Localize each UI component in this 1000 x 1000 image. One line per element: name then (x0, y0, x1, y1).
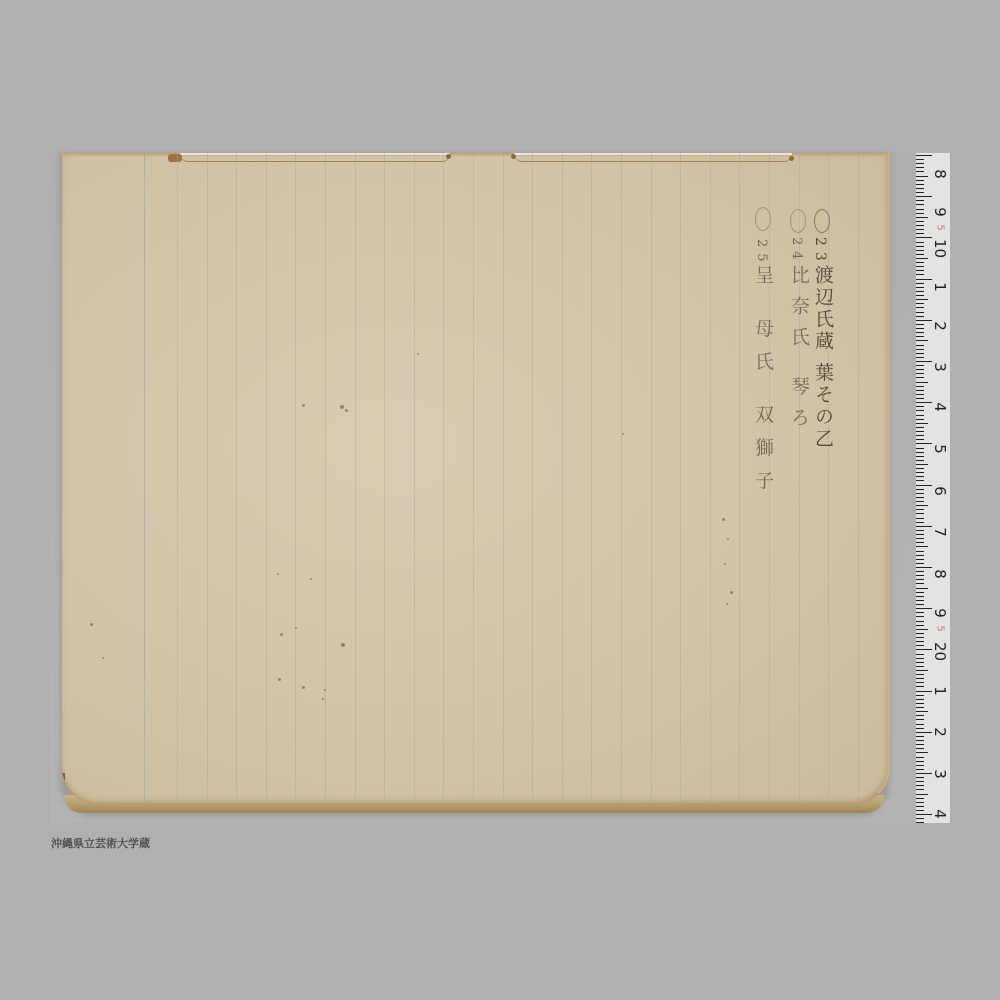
rule-line (562, 153, 563, 803)
ruler-tick (916, 789, 924, 790)
ruler-tick (916, 163, 924, 164)
ruler-tick (916, 159, 924, 160)
binding-knot (789, 156, 794, 161)
ruler-number: 1 (931, 278, 949, 296)
ruler-tick (916, 270, 924, 271)
ruler-tick (916, 542, 924, 543)
rule-line (325, 153, 326, 803)
ruler-number: 7 (931, 523, 949, 541)
margin-line (144, 153, 145, 803)
rule-line (680, 153, 681, 803)
ruler-tick (916, 551, 924, 552)
rule-line (710, 153, 711, 803)
ruler-tick (916, 390, 924, 391)
binding-thread-right (514, 153, 792, 162)
ruler-tick (916, 406, 924, 407)
rule-line (236, 153, 237, 803)
ruler-tick (916, 369, 924, 370)
ruler-tick (916, 711, 928, 712)
ruler-tick (916, 192, 924, 193)
ruler-tick (916, 209, 924, 210)
ruler-tick (916, 180, 924, 181)
paper-speck (345, 409, 348, 412)
paper-speck (622, 433, 624, 435)
binding-knot (511, 154, 516, 159)
ruler-number: 3 (931, 358, 949, 376)
ruler-tick (916, 394, 924, 395)
paper-speck (340, 405, 344, 409)
ruler-tick (916, 612, 924, 613)
ruler-tick (916, 546, 928, 547)
ruler-tick (916, 427, 924, 428)
ruler-tick (916, 769, 924, 770)
ruler-tick (916, 563, 924, 564)
ruler-tick (916, 188, 924, 189)
paper-speck (277, 573, 279, 575)
paper-speck (280, 633, 283, 636)
ruler-tick (916, 658, 924, 659)
rule-line (651, 153, 652, 803)
ruler-tick (916, 670, 928, 671)
ruler-tick (916, 377, 924, 378)
rule-line (591, 153, 592, 803)
ruler-tick (916, 583, 924, 584)
ruler-tick (916, 662, 924, 663)
ruler-tick (916, 592, 924, 593)
paper-speck (724, 563, 726, 565)
ruler-number: 5 (935, 219, 946, 237)
ruler-tick (916, 452, 924, 453)
ruler-tick (916, 732, 932, 733)
ruler-tick (916, 765, 924, 766)
ruler-number: 3 (931, 765, 949, 783)
ruler-number: 4 (931, 805, 949, 823)
paper-speck (102, 657, 104, 659)
rule-line (414, 153, 415, 803)
rule-line (443, 153, 444, 803)
ruler-tick (916, 736, 924, 737)
ruler-tick (916, 464, 928, 465)
paper-speck (302, 686, 305, 689)
ruler-tick (916, 666, 924, 667)
rule-line (621, 153, 622, 803)
ruler-tick (916, 204, 924, 205)
ruler-tick (916, 345, 924, 346)
ruler-tick (916, 699, 924, 700)
ruler-tick (916, 184, 924, 185)
ruler-tick (916, 200, 924, 201)
ruler-tick (916, 621, 924, 622)
ruler-tick (916, 485, 932, 486)
ruler-tick (916, 353, 924, 354)
ruler-tick (916, 361, 932, 362)
ruler-tick (916, 781, 924, 782)
ruler-tick (916, 386, 924, 387)
ruler-tick (916, 814, 932, 815)
ruler-number: 4 (931, 398, 949, 416)
note-text: 比奈氏 琴ろ (786, 265, 813, 425)
ruler-number: 8 (931, 565, 949, 583)
ruler-tick (916, 633, 924, 634)
ruler-tick (916, 719, 924, 720)
ruler-tick (916, 674, 924, 675)
circle-mark (814, 209, 830, 233)
ruler-tick (916, 357, 924, 358)
circle-mark (755, 207, 771, 231)
ruler-tick (916, 596, 924, 597)
ruler-tick (916, 468, 924, 469)
ruler-tick (916, 307, 924, 308)
ruler-tick (916, 509, 924, 510)
ruler-tick (916, 744, 924, 745)
ruler-tick (916, 703, 924, 704)
ruler-tick (916, 724, 924, 725)
paper-speck (90, 623, 93, 626)
note-text: 渡辺氏蔵 葉その乙 (810, 265, 837, 455)
binding-thread-left (180, 153, 450, 162)
ruler-tick (916, 637, 924, 638)
ruler-tick (916, 818, 924, 819)
ruler-tick (916, 472, 924, 473)
ruler-tick (916, 822, 924, 823)
ruler-tick (916, 332, 924, 333)
ruler-tick (916, 604, 924, 605)
ruler-tick (916, 534, 924, 535)
ruler-tick (916, 513, 924, 514)
paper-speck (302, 404, 305, 407)
ruler-tick (916, 571, 924, 572)
ruler-tick (916, 691, 932, 692)
ruler-tick (916, 501, 924, 502)
ruler-tick (916, 340, 928, 341)
ruler-tick (916, 794, 928, 795)
ruler-tick (916, 629, 928, 630)
paper-speck (417, 353, 419, 355)
rule-line (295, 153, 296, 803)
ruler-tick (916, 320, 932, 321)
measuring-ruler: 895101234567895201234 (916, 153, 950, 823)
ruler-tick (916, 489, 924, 490)
ruler-tick (916, 237, 932, 238)
ruler-tick (916, 299, 928, 300)
ruler-tick (916, 221, 924, 222)
ruler-tick (916, 448, 924, 449)
ruler-number: 10 (931, 239, 949, 257)
ruler-tick (916, 423, 928, 424)
ruler-tick (916, 798, 924, 799)
ruler-number: 20 (931, 642, 949, 660)
ruler-tick (916, 402, 932, 403)
ruler-tick (916, 526, 932, 527)
paper-speck (295, 627, 297, 629)
paper-speck (726, 603, 728, 605)
ruler-tick (916, 439, 924, 440)
ruler-tick (916, 678, 924, 679)
ruler-tick (916, 250, 924, 251)
collection-credit: 沖縄県立芸術大学蔵 (51, 835, 150, 851)
ruler-tick (916, 555, 924, 556)
ruler-tick (916, 176, 928, 177)
ruler-number: 5 (931, 440, 949, 458)
ruler-tick (916, 225, 924, 226)
paper-speck (727, 538, 729, 540)
ruler-tick (916, 246, 924, 247)
ruler-tick (916, 431, 924, 432)
ruler-tick (916, 522, 924, 523)
ruler-tick (916, 616, 924, 617)
ruler-tick (916, 373, 924, 374)
ruler-tick (916, 686, 924, 687)
ruler-tick (916, 316, 924, 317)
ruler-tick (916, 476, 924, 477)
ruler-tick (916, 365, 924, 366)
ruler-tick (916, 460, 924, 461)
ruler-tick (916, 625, 924, 626)
ruler-number: 8 (931, 165, 949, 183)
ruler-tick (916, 410, 924, 411)
ruler-tick (916, 233, 924, 234)
rule-line (503, 153, 504, 803)
rule-line (266, 153, 267, 803)
ruler-tick (916, 171, 924, 172)
paper-speck (341, 643, 345, 647)
paper-speck (722, 518, 725, 521)
ruler-number: 1 (931, 682, 949, 700)
paper-speck (324, 689, 326, 691)
ruler-tick (916, 810, 924, 811)
ruler-tick (916, 456, 924, 457)
ruler-tick (916, 761, 924, 762)
ruler-tick (916, 328, 924, 329)
ruler-tick (916, 287, 924, 288)
ruler-tick (916, 649, 932, 650)
ruler-tick (916, 254, 924, 255)
ruler-tick (916, 530, 924, 531)
notebook-page: 23. 渡辺氏蔵 葉その乙 24 比奈氏 琴ろ 25 呈 母氏 双獅子 (62, 153, 890, 805)
ruler-tick (916, 773, 932, 774)
ruler-number: 6 (931, 482, 949, 500)
ruler-tick (916, 336, 924, 337)
ruler-tick (916, 588, 928, 589)
rule-line (355, 153, 356, 803)
ruler-tick (916, 167, 924, 168)
ruler-tick (916, 258, 928, 259)
ruler-tick (916, 777, 924, 778)
ruler-tick (916, 480, 924, 481)
rule-line (739, 153, 740, 803)
ruler-tick (916, 752, 928, 753)
ruler-tick (916, 497, 924, 498)
rule-line (207, 153, 208, 803)
ruler-tick (916, 748, 924, 749)
ruler-tick (916, 538, 924, 539)
ruler-tick (916, 608, 932, 609)
ruler-tick (916, 398, 924, 399)
ruler-tick (916, 728, 924, 729)
ruler-tick (916, 641, 924, 642)
rule-line (532, 153, 533, 803)
ruler-tick (916, 435, 924, 436)
ruler-tick (916, 757, 924, 758)
ruler-tick (916, 707, 924, 708)
ruler-tick (916, 493, 924, 494)
ruler-tick (916, 229, 924, 230)
note-text: 呈 母氏 双獅子 (750, 265, 777, 465)
ruler-tick (916, 575, 924, 576)
ruler-tick (916, 419, 924, 420)
ruler-tick (916, 567, 932, 568)
paper-speck (730, 591, 733, 594)
rule-line (177, 153, 178, 803)
ruler-tick (916, 279, 932, 280)
rule-line (828, 153, 829, 803)
ruler-tick (916, 715, 924, 716)
ruler-tick (916, 274, 924, 275)
binding-knot-left (168, 154, 182, 162)
ruler-tick (916, 217, 928, 218)
ruler-tick (916, 518, 924, 519)
note-number: 24 (789, 237, 804, 266)
ruler-tick (916, 559, 924, 560)
rule-line (858, 153, 859, 803)
ruler-tick (916, 349, 924, 350)
note-number: 25 (754, 239, 769, 268)
ruler-tick (916, 196, 932, 197)
paper-speck (310, 578, 312, 580)
ruler-tick (916, 295, 924, 296)
paper-speck (278, 678, 281, 681)
binding-knot (446, 154, 451, 159)
ruler-tick (916, 242, 924, 243)
rule-line (473, 153, 474, 803)
paper-speck (322, 698, 324, 700)
ruler-tick (916, 213, 924, 214)
ruler-tick (916, 785, 924, 786)
ruler-tick (916, 505, 928, 506)
ruler-tick (916, 654, 924, 655)
ruler-tick (916, 600, 924, 601)
ruler-tick (916, 382, 928, 383)
ruler-tick (916, 283, 924, 284)
ruler-tick (916, 802, 924, 803)
circle-mark (790, 209, 806, 233)
ruler-tick (916, 443, 932, 444)
ruler-tick (916, 740, 924, 741)
ruler-number: 5 (935, 620, 946, 638)
ruler-tick (916, 415, 924, 416)
ruler-tick (916, 579, 924, 580)
ruler-tick (916, 155, 932, 156)
ruler-tick (916, 695, 924, 696)
ruler-number: 2 (931, 317, 949, 335)
ruler-tick (916, 262, 924, 263)
ruler-tick (916, 291, 924, 292)
ruler-tick (916, 312, 924, 313)
ruler-tick (916, 645, 924, 646)
rule-line (384, 153, 385, 803)
ruler-number: 2 (931, 723, 949, 741)
ruler-tick (916, 682, 924, 683)
ruler-tick (916, 303, 924, 304)
ruler-tick (916, 806, 924, 807)
edge-stain (62, 773, 65, 805)
ruler-tick (916, 266, 924, 267)
ruler-tick (916, 324, 924, 325)
